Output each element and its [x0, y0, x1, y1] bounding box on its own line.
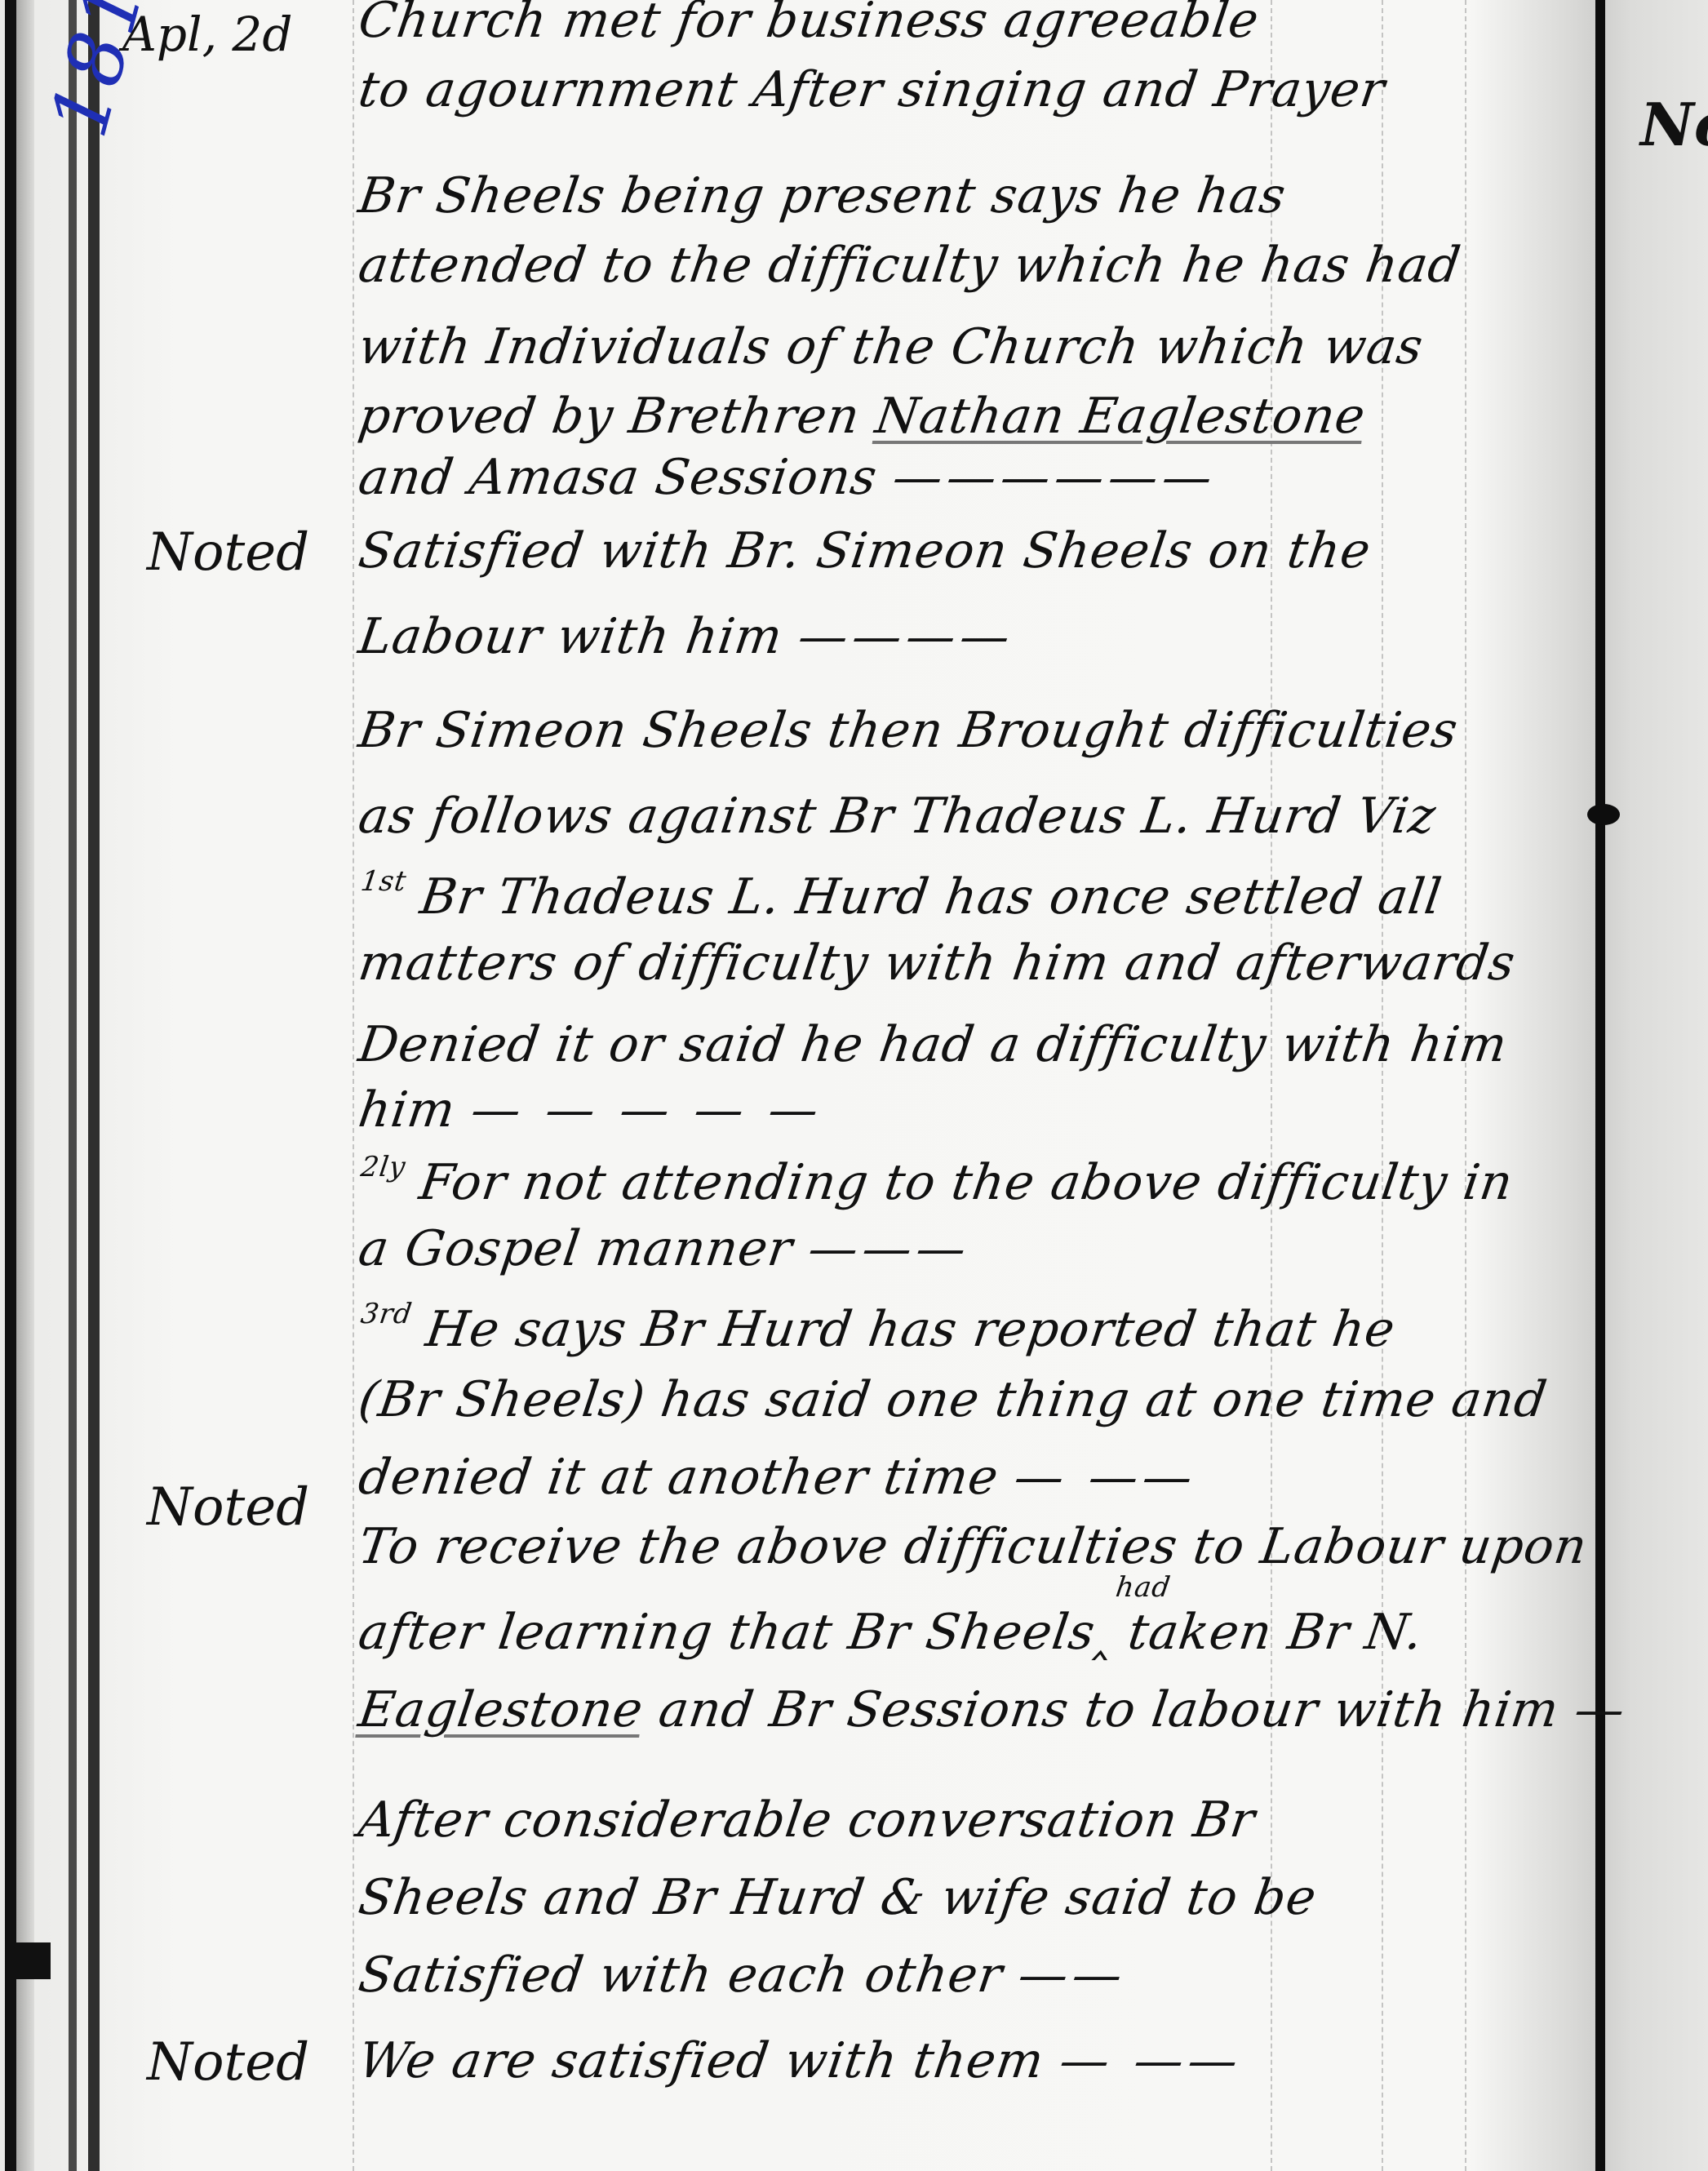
text-line: a Gospel manner ———	[355, 1220, 974, 1277]
line-text: to agournment After singing and Prayer	[355, 61, 1389, 118]
binding-shadow	[16, 0, 34, 2171]
line-text: proved by Brethren	[355, 388, 880, 445]
underlined-name: Eaglestone	[355, 1681, 647, 1738]
text-line: Satisfied with Br. Simeon Sheels on the	[355, 522, 1374, 579]
line-text: matters of difficulty with him and after…	[355, 935, 1519, 992]
line-text: After considerable conversation Br	[355, 1791, 1259, 1849]
text-line: and Amasa Sessions ——————	[355, 449, 1220, 506]
ink-blot	[10, 1942, 51, 1979]
binding-rule-left	[69, 0, 77, 2171]
line-dash: — — — — —	[468, 1081, 827, 1139]
text-line: Satisfied with each other ——	[355, 1947, 1130, 2004]
margin-ruling-left	[353, 0, 354, 2171]
margin-ruling-right-3	[1465, 0, 1466, 2171]
text-line: as follows against Br Thadeus L. Hurd Vi…	[355, 788, 1440, 845]
text-line: to agournment After singing and Prayer	[355, 61, 1389, 118]
line-text: as follows against Br Thadeus L. Hurd Vi…	[355, 788, 1440, 845]
line-dash: — ——	[1010, 1449, 1200, 1506]
line-dash: ——	[1015, 1947, 1131, 2004]
text-line: (Br Sheels) has said one thing at one ti…	[355, 1371, 1551, 1428]
next-page-fragment: No	[1640, 90, 1708, 159]
text-line: Sheels and Br Hurd & wife said to be	[355, 1869, 1320, 1926]
line-text: taken Br N.	[1108, 1604, 1426, 1661]
line-text: Denied it or said he had a difficulty wi…	[355, 1016, 1511, 1073]
binding-edge	[5, 0, 16, 2171]
text-line: Labour with him ————	[355, 608, 1018, 665]
line-text: him	[355, 1081, 459, 1139]
line-text: Satisfied with Br. Simeon Sheels on the	[355, 522, 1374, 579]
ordinal: 1st	[359, 865, 409, 898]
text-line: Eaglestone and Br Sessions to labour wit…	[355, 1681, 1629, 1738]
line-text: after learning that Br Sheels	[355, 1604, 1099, 1661]
text-line: attended to the difficulty which he has …	[355, 237, 1465, 294]
line-text: (Br Sheels) has said one thing at one ti…	[355, 1371, 1551, 1428]
page-gutter	[1595, 0, 1605, 2171]
line-text: Br Thadeus L. Hurd has once settled all	[401, 868, 1446, 926]
line-text: attended to the difficulty which he has …	[355, 237, 1465, 294]
line-text: with Individuals of the Church which was	[355, 318, 1426, 375]
line-text: Church met for business agreeable	[355, 0, 1262, 49]
line-text: To receive the above difficulties to Lab…	[355, 1518, 1590, 1575]
manuscript-page: 1816 Apl, 2d Noted Noted Noted No Church…	[0, 0, 1708, 2171]
text-line: Denied it or said he had a difficulty wi…	[355, 1016, 1511, 1073]
text-line: him — — — — —	[355, 1081, 827, 1139]
text-line: We are satisfied with them — ——	[355, 2032, 1246, 2089]
line-dash: ——————	[889, 449, 1221, 506]
line-text: We are satisfied with them	[355, 2032, 1048, 2089]
binding-rule-right	[88, 0, 100, 2171]
text-line: with Individuals of the Church which was	[355, 318, 1426, 375]
margin-note-noted: Noted	[147, 2032, 309, 2093]
line-text: Br Simeon Sheels then Brought difficulti…	[355, 702, 1462, 759]
line-text: a Gospel manner	[355, 1220, 796, 1277]
line-text: He says Br Hurd has reported that he	[406, 1301, 1399, 1358]
underlined-name: Nathan Eaglestone	[872, 388, 1369, 445]
ordinal: 3rd	[359, 1298, 415, 1330]
text-line: Church met for business agreeable	[355, 0, 1262, 49]
line-text: Satisfied with each other	[355, 1947, 1006, 2004]
margin-note-noted: Noted	[147, 522, 309, 583]
line-text: Sheels and Br Hurd & wife said to be	[355, 1869, 1320, 1926]
inserted-word: had	[1114, 1571, 1173, 1604]
line-dash: — ——	[1056, 2032, 1246, 2089]
line-text: and Br Sessions to labour with him —	[639, 1681, 1629, 1738]
line-dash: ———	[805, 1220, 974, 1277]
text-line: 2ly For not attending to the above diffi…	[355, 1151, 1517, 1211]
margin-note-noted: Noted	[147, 1477, 309, 1538]
line-text: and Amasa Sessions	[355, 449, 881, 506]
text-line: Br Sheels being present says he has	[355, 167, 1289, 224]
text-line: To receive the above difficulties to Lab…	[355, 1518, 1590, 1575]
line-dash: ————	[795, 608, 1018, 665]
text-line: Br Simeon Sheels then Brought difficulti…	[355, 702, 1462, 759]
line-text: For not attending to the above difficult…	[400, 1154, 1517, 1211]
text-line: denied it at another time — ——	[355, 1449, 1200, 1506]
ordinal: 2ly	[359, 1151, 408, 1183]
text-line: 3rd He says Br Hurd has reported that he	[355, 1298, 1400, 1358]
margin-date: Apl, 2d	[122, 7, 292, 62]
text-line: After considerable conversation Br	[355, 1791, 1259, 1849]
gutter-ink-blot	[1587, 804, 1620, 825]
line-text: denied it at another time	[355, 1449, 1002, 1506]
text-line: matters of difficulty with him and after…	[355, 935, 1519, 992]
text-line: proved by Brethren Nathan Eaglestone	[355, 388, 1369, 445]
line-text: Labour with him	[355, 608, 786, 665]
text-line: after learning that Br Sheels‸had taken …	[355, 1604, 1426, 1661]
line-text: Br Sheels being present says he has	[355, 167, 1289, 224]
text-line: 1st Br Thadeus L. Hurd has once settled …	[355, 865, 1446, 926]
